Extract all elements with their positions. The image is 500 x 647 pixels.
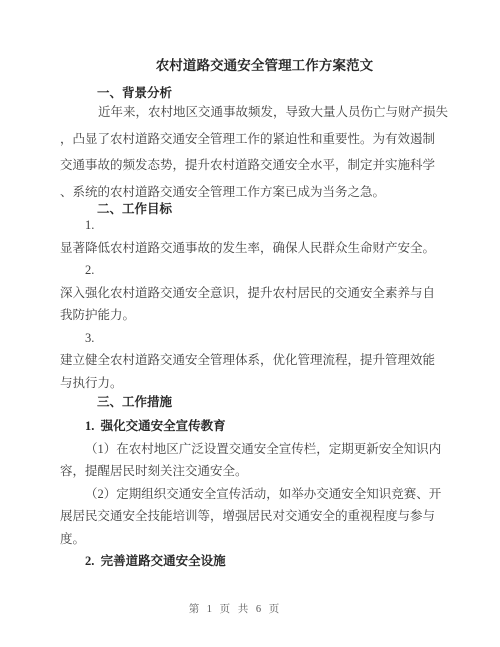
text-line: ，凸显了农村道路交通安全管理工作的紧迫性和重要性。为有效遏制 — [60, 126, 433, 153]
text-line: 深入强化农村道路交通安全意识，提升农村居民的交通安全素养与自 — [60, 282, 433, 305]
list-number: 2. — [60, 259, 433, 282]
text-line: 度。 — [60, 528, 433, 551]
text-line: 建立健全农村道路交通安全管理体系，优化管理流程，提升管理效能 — [60, 349, 433, 372]
document-title: 农村道路交通安全管理工作方案范文 — [60, 52, 433, 80]
document-page: 农村道路交通安全管理工作方案范文一、背景分析近年来，农村地区交通事故频发，导致大… — [0, 0, 500, 647]
text-line: 交通事故的频发态势，提升农村道路交通安全水平，制定并实施科学 — [60, 152, 433, 179]
subsection-heading: 2. 完善道路交通安全设施 — [60, 550, 433, 573]
section-heading-3: 三、工作措施 — [60, 389, 433, 415]
page-number: 第 1 页 共 6 页 — [36, 599, 433, 621]
document-body: 农村道路交通安全管理工作方案范文一、背景分析近年来，农村地区交通事故频发，导致大… — [60, 52, 433, 573]
text-line: 容，提醒居民时刻关注交通安全。 — [60, 460, 433, 483]
text-line: 我防护能力。 — [60, 304, 433, 327]
text-line: （1）在农村地区广泛设置交通安全宣传栏，定期更新安全知识内 — [60, 438, 433, 461]
subsection-heading: 1. 强化交通安全宣传教育 — [60, 415, 433, 438]
list-number: 3. — [60, 327, 433, 350]
text-line: （2）定期组织交通安全宣传活动，如举办交通安全知识竞赛、开 — [60, 483, 433, 506]
text-line: 近年来，农村地区交通事故频发，导致大量人员伤亡与财产损失 — [60, 99, 433, 126]
text-line: 展居民交通安全技能培训等，增强居民对交通安全的重视程度与参与 — [60, 505, 433, 528]
text-line: 显著降低农村道路交通事故的发生率，确保人民群众生命财产安全。 — [60, 237, 433, 260]
